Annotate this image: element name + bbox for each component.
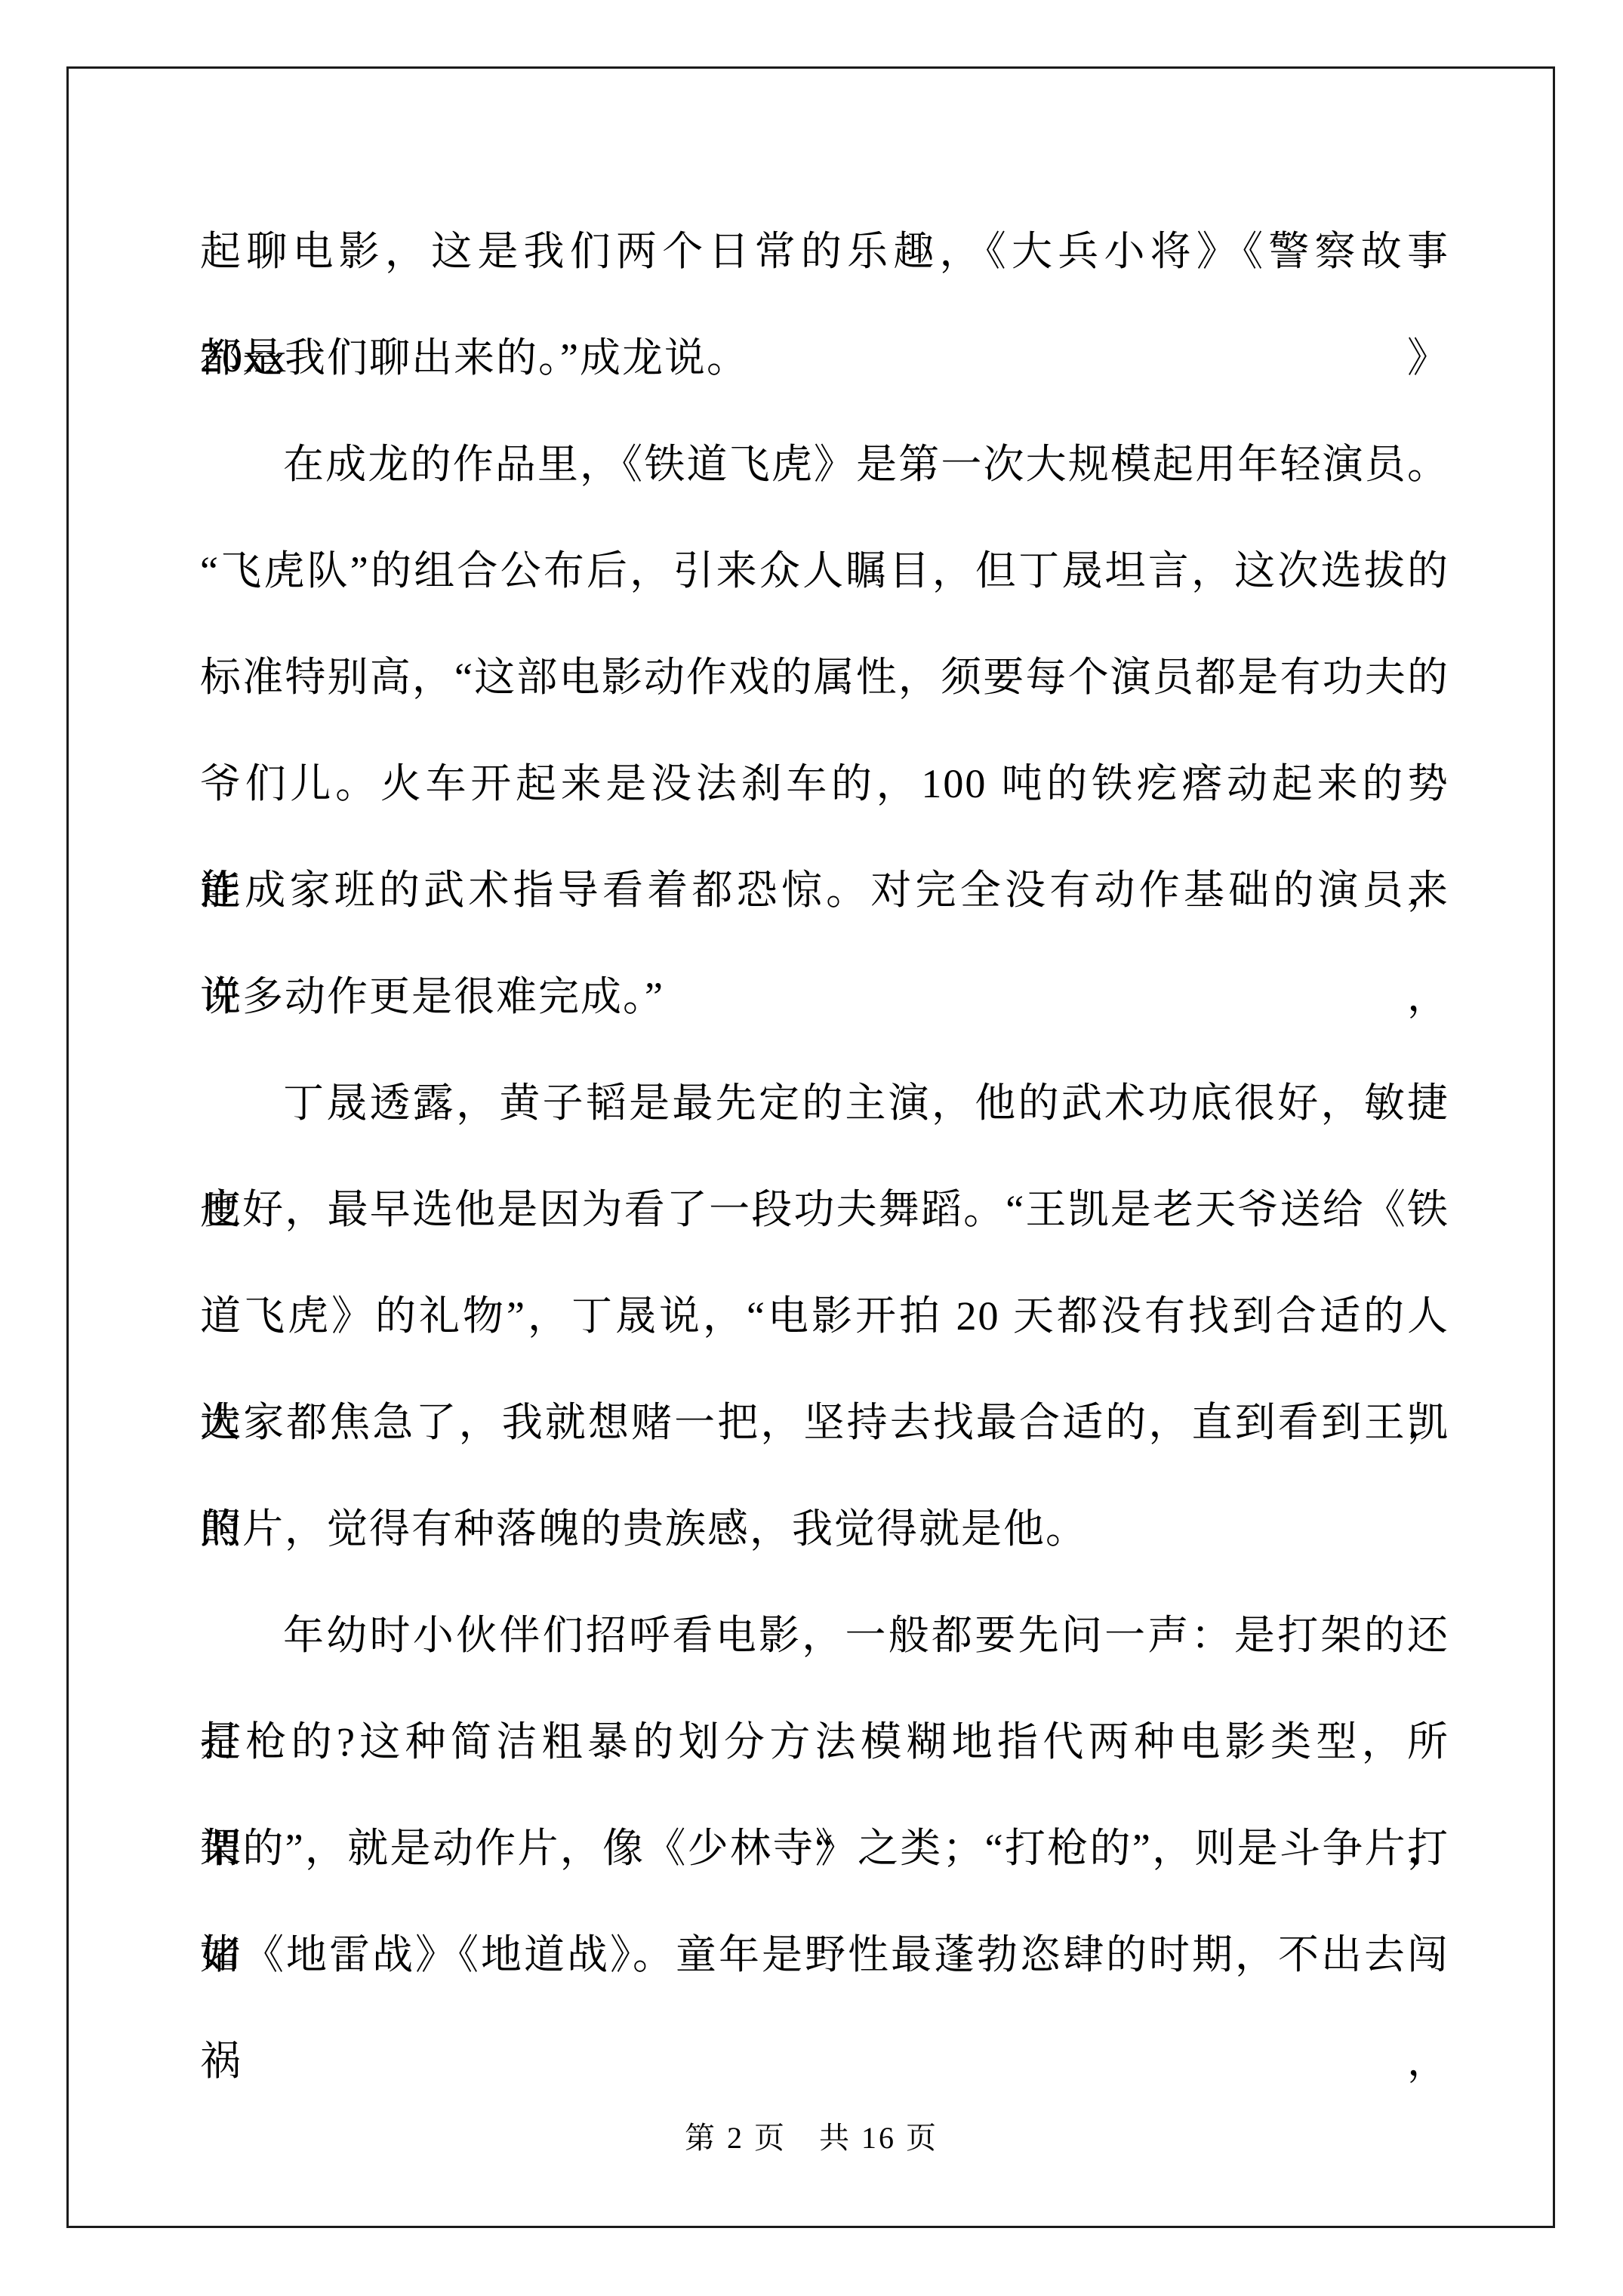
text-line: 架的”，就是动作片，像《少林寺》之类；“打枪的”，则是斗争片，诸	[200, 1795, 1449, 1902]
text-line: 在成龙的作品里，《铁道飞虎》是第一次大规模起用年轻演员。	[200, 411, 1449, 518]
text-line: 如《地雷战》《地道战》。童年是野性最蓬勃恣肆的时期，不出去闯祸，	[200, 1902, 1449, 2008]
text-line: 也好，最早选他是因为看了一段功夫舞蹈。“王凯是老天爷送给《铁	[200, 1157, 1449, 1263]
text-line: 标准特别高，“这部电影动作戏的属性，须要每个演员都是有功夫的	[200, 624, 1449, 731]
page-number: 第 2 页 共 16 页	[685, 2121, 938, 2155]
text-line: 照片，觉得有种落魄的贵族感，我觉得就是他。	[200, 1476, 1449, 1583]
text-line: “飞虎队”的组合公布后，引来众人瞩目，但丁晟坦言，这次选拔的	[200, 518, 1449, 624]
text-line: 道飞虎》的礼物”，丁晟说，“电影开拍 20 天都没有找到合适的人选，	[200, 1263, 1449, 1370]
text-line: 打枪的?这种简洁粗暴的划分方法模糊地指代两种电影类型，所谓“打	[200, 1689, 1449, 1795]
text-line: 爷们儿。火车开起来是没法刹车的，100 吨的铁疙瘩动起来的势能，	[200, 731, 1449, 837]
text-line: 丁晟透露，黄子韬是最先定的主演，他的武术功底很好，敏捷度	[200, 1050, 1449, 1157]
text-line: 起聊电影，这是我们两个日常的乐趣，《大兵小将》《警察故事 20xx》	[200, 199, 1449, 305]
text-content: 起聊电影，这是我们两个日常的乐趣，《大兵小将》《警察故事 20xx》都是我们聊出…	[200, 199, 1449, 2008]
text-line: 大家都焦急了，我就想赌一把，坚持去找最合适的，直到看到王凯的	[200, 1370, 1449, 1476]
text-line: 年幼时小伙伴们招呼看电影，一般都要先问一声：是打架的还是	[200, 1583, 1449, 1689]
text-line: 连成家班的武术指导看着都恐惊。对完全没有动作基础的演员来说，	[200, 837, 1449, 944]
page-footer: 第 2 页 共 16 页	[0, 2119, 1623, 2158]
